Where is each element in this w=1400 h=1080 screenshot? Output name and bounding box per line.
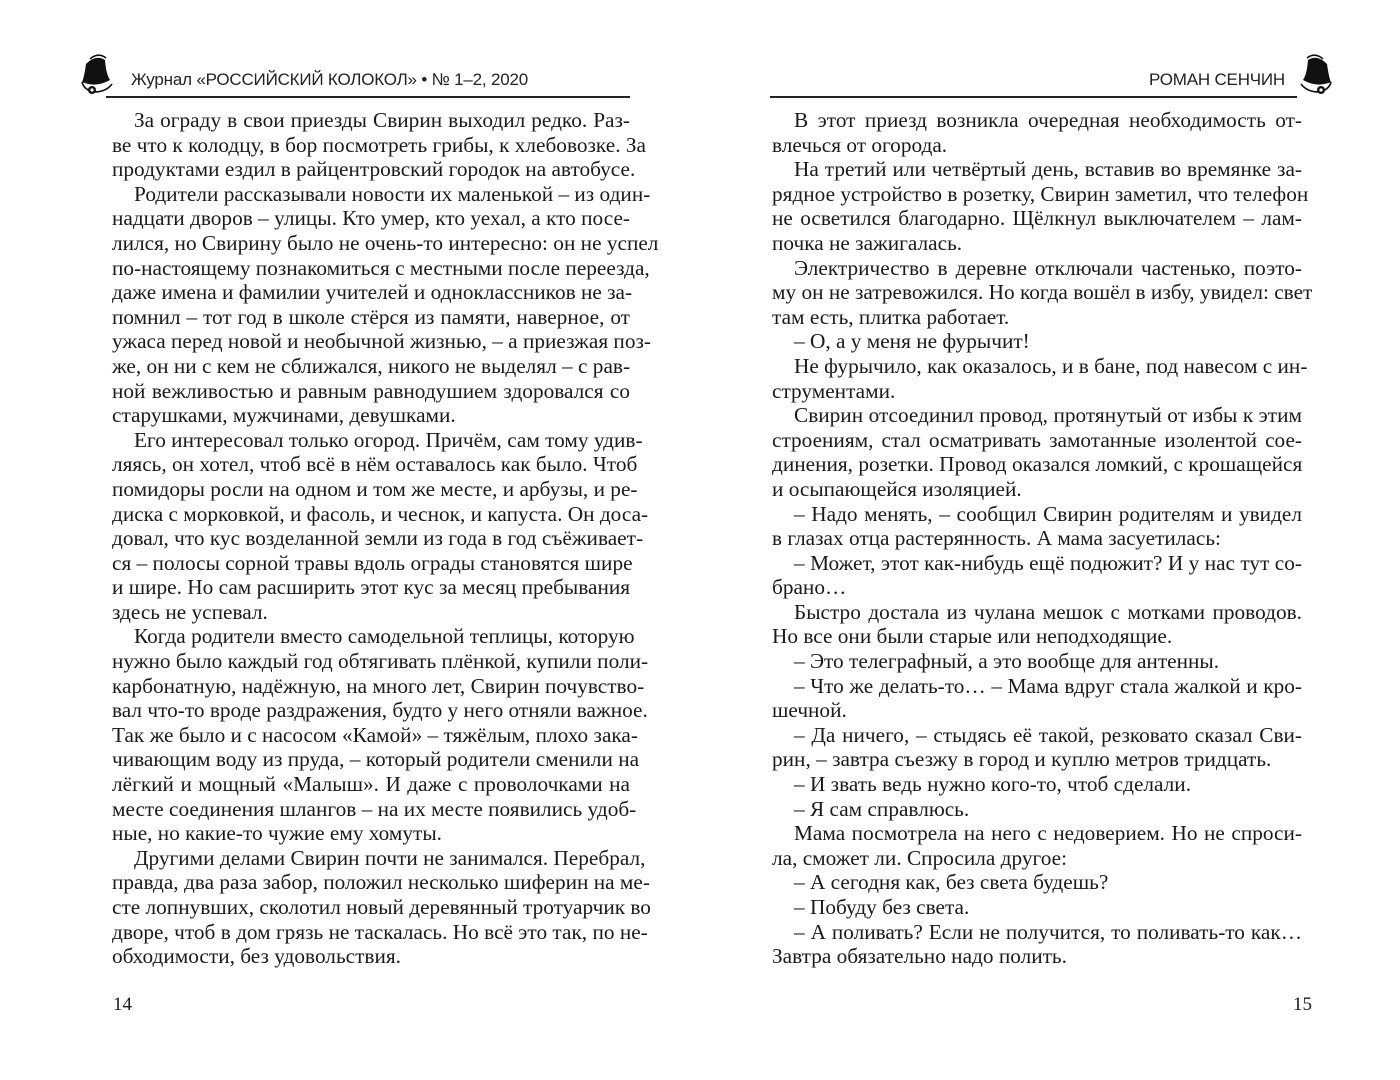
text-line: здесь не успевал. — [112, 600, 630, 625]
text-line: – Что же делать-то… – Мама вдруг стала ж… — [772, 674, 1302, 699]
header-rule — [770, 96, 1297, 98]
text-line: по-настоящему познакомиться с местными п… — [112, 256, 630, 281]
text-line: – О, а у меня не фурычит! — [772, 329, 1302, 354]
text-line: – А поливать? Если не получится, то поли… — [772, 920, 1302, 945]
text-line: ляясь, он хотел, чтоб всё в нём оставало… — [112, 452, 630, 477]
text-line: лился, но Свирину было не очень-то интер… — [112, 231, 630, 256]
right-page: РОМАН СЕНЧИН В этот приезд возникла очер… — [700, 0, 1400, 1080]
text-line: Электричество в деревне отключали частен… — [772, 256, 1302, 281]
text-line: довал, что кус возделанной земли из года… — [112, 526, 630, 551]
text-line: влечься от огорода. — [772, 133, 1302, 158]
text-line: – Может, этот как-нибудь ещё подюжит? И … — [772, 551, 1302, 576]
text-line: ужаса перед новой и необычной жизнью, – … — [112, 329, 630, 354]
header-rule — [106, 96, 630, 98]
text-line: ве что к колодцу, в бор посмотреть грибы… — [112, 133, 630, 158]
text-line: старушками, мужчинами, девушками. — [112, 403, 630, 428]
text-line: чивающим воду из пруда, – который родите… — [112, 747, 630, 772]
running-header: РОМАН СЕНЧИН — [770, 48, 1325, 98]
bell-icon — [1297, 48, 1335, 96]
text-line: – Надо менять, – сообщил Свирин родителя… — [772, 502, 1302, 527]
text-line: Завтра обязательно надо полить. — [772, 944, 1302, 969]
text-line: В этот приезд возникла очередная необход… — [772, 108, 1302, 133]
page-number: 14 — [113, 994, 132, 1016]
text-line: – И звать ведь нужно кого-то, чтоб сдела… — [772, 772, 1302, 797]
text-line: там есть, плитка работает. — [772, 305, 1302, 330]
left-page: Журнал «РОССИЙСКИЙ КОЛОКОЛ» • № 1–2, 202… — [0, 0, 700, 1080]
text-line: Не фурычило, как оказалось, и в бане, по… — [772, 354, 1302, 379]
text-line: Когда родители вместо самодельной теплиц… — [112, 624, 630, 649]
text-line: дворе, чтоб в дом грязь не таскалась. Но… — [112, 920, 630, 945]
text-line: продуктами ездил в райцентровский городо… — [112, 157, 630, 182]
running-header: Журнал «РОССИЙСКИЙ КОЛОКОЛ» • № 1–2, 202… — [78, 48, 630, 98]
body-text: За ограду в свои приезды Свирин выходил … — [112, 108, 630, 969]
text-line: – Это телеграфный, а это вообще для анте… — [772, 649, 1302, 674]
text-line: ся – полосы сорной травы вдоль ограды ст… — [112, 551, 630, 576]
text-line: – Да ничего, – стыдясь её такой, резкова… — [772, 723, 1302, 748]
text-line: За ограду в свои приезды Свирин выходил … — [112, 108, 630, 133]
text-line: помидоры росли на одном и том же месте, … — [112, 477, 630, 502]
text-line: – Я сам справлюсь. — [772, 797, 1302, 822]
text-line: правда, два раза забор, положил нескольк… — [112, 870, 630, 895]
text-line: карбонатную, надёжную, на много лет, Сви… — [112, 674, 630, 699]
text-line: ные, но какие-то чужие ему хомуты. — [112, 821, 630, 846]
text-line: му он не затревожился. Но когда вошёл в … — [772, 280, 1302, 305]
text-line: в глазах отца растерянность. А мама засу… — [772, 526, 1302, 551]
text-line: На третий или четвёртый день, вставив во… — [772, 157, 1302, 182]
text-line: надцати дворов – улицы. Кто умер, кто уе… — [112, 206, 630, 231]
text-line: ной вежливостью и равным равнодушием здо… — [112, 379, 630, 404]
text-line: сте лопнувших, сколотил новый деревянный… — [112, 895, 630, 920]
text-line: почка не зажигалась. — [772, 231, 1302, 256]
text-line: месте соединения шлангов – на их месте п… — [112, 797, 630, 822]
text-line: струментами. — [772, 379, 1302, 404]
page-number: 15 — [1293, 994, 1312, 1016]
text-line: нужно было каждый год обтягивать плёнкой… — [112, 649, 630, 674]
text-line: шечной. — [772, 698, 1302, 723]
text-line: рин, – завтра съезжу в город и куплю мет… — [772, 747, 1302, 772]
text-line: и шире. Но сам расширить этот кус за мес… — [112, 575, 630, 600]
journal-title: Журнал «РОССИЙСКИЙ КОЛОКОЛ» • № 1–2, 202… — [131, 70, 528, 90]
text-line: Мама посмотрела на него с недоверием. Но… — [772, 821, 1302, 846]
author-name: РОМАН СЕНЧИН — [1149, 70, 1285, 90]
text-line: помнил – тот год в школе стёрся из памят… — [112, 305, 630, 330]
text-line: Родители рассказывали новости их маленьк… — [112, 182, 630, 207]
text-line: рядное устройство в розетку, Свирин заме… — [772, 182, 1302, 207]
text-line: диска с морковкой, и фасоль, и чеснок, и… — [112, 502, 630, 527]
text-line: обходимости, без удовольствия. — [112, 944, 630, 969]
text-line: динения, розетки. Провод оказался ломкий… — [772, 452, 1302, 477]
text-line: лёгкий и мощный «Малыш». И даже с провол… — [112, 772, 630, 797]
body-text: В этот приезд возникла очередная необход… — [772, 108, 1302, 969]
text-line: же, он ни с кем не сближался, никого не … — [112, 354, 630, 379]
text-line: Его интересовал только огород. Причём, с… — [112, 428, 630, 453]
text-line: – А сегодня как, без света будешь? — [772, 870, 1302, 895]
text-line: вал что-то вроде раздражения, будто у не… — [112, 698, 630, 723]
text-line: и осыпающейся изоляцией. — [772, 477, 1302, 502]
text-line: даже имена и фамилии учителей и одноклас… — [112, 280, 630, 305]
text-line: брано… — [772, 575, 1302, 600]
text-line: – Побуду без света. — [772, 895, 1302, 920]
text-line: не осветился благодарно. Щёлкнул выключа… — [772, 206, 1302, 231]
text-line: Свирин отсоединил провод, протянутый от … — [772, 403, 1302, 428]
text-line: Быстро достала из чулана мешок с мотками… — [772, 600, 1302, 625]
text-line: Так же было и с насосом «Камой» – тяжёлы… — [112, 723, 630, 748]
text-line: ла, сможет ли. Спросила другое: — [772, 846, 1302, 871]
text-line: Но все они были старые или неподходящие. — [772, 624, 1302, 649]
text-line: строениям, стал осматривать замотанные и… — [772, 428, 1302, 453]
text-line: Другими делами Свирин почти не занимался… — [112, 846, 630, 871]
bell-icon — [78, 48, 116, 96]
